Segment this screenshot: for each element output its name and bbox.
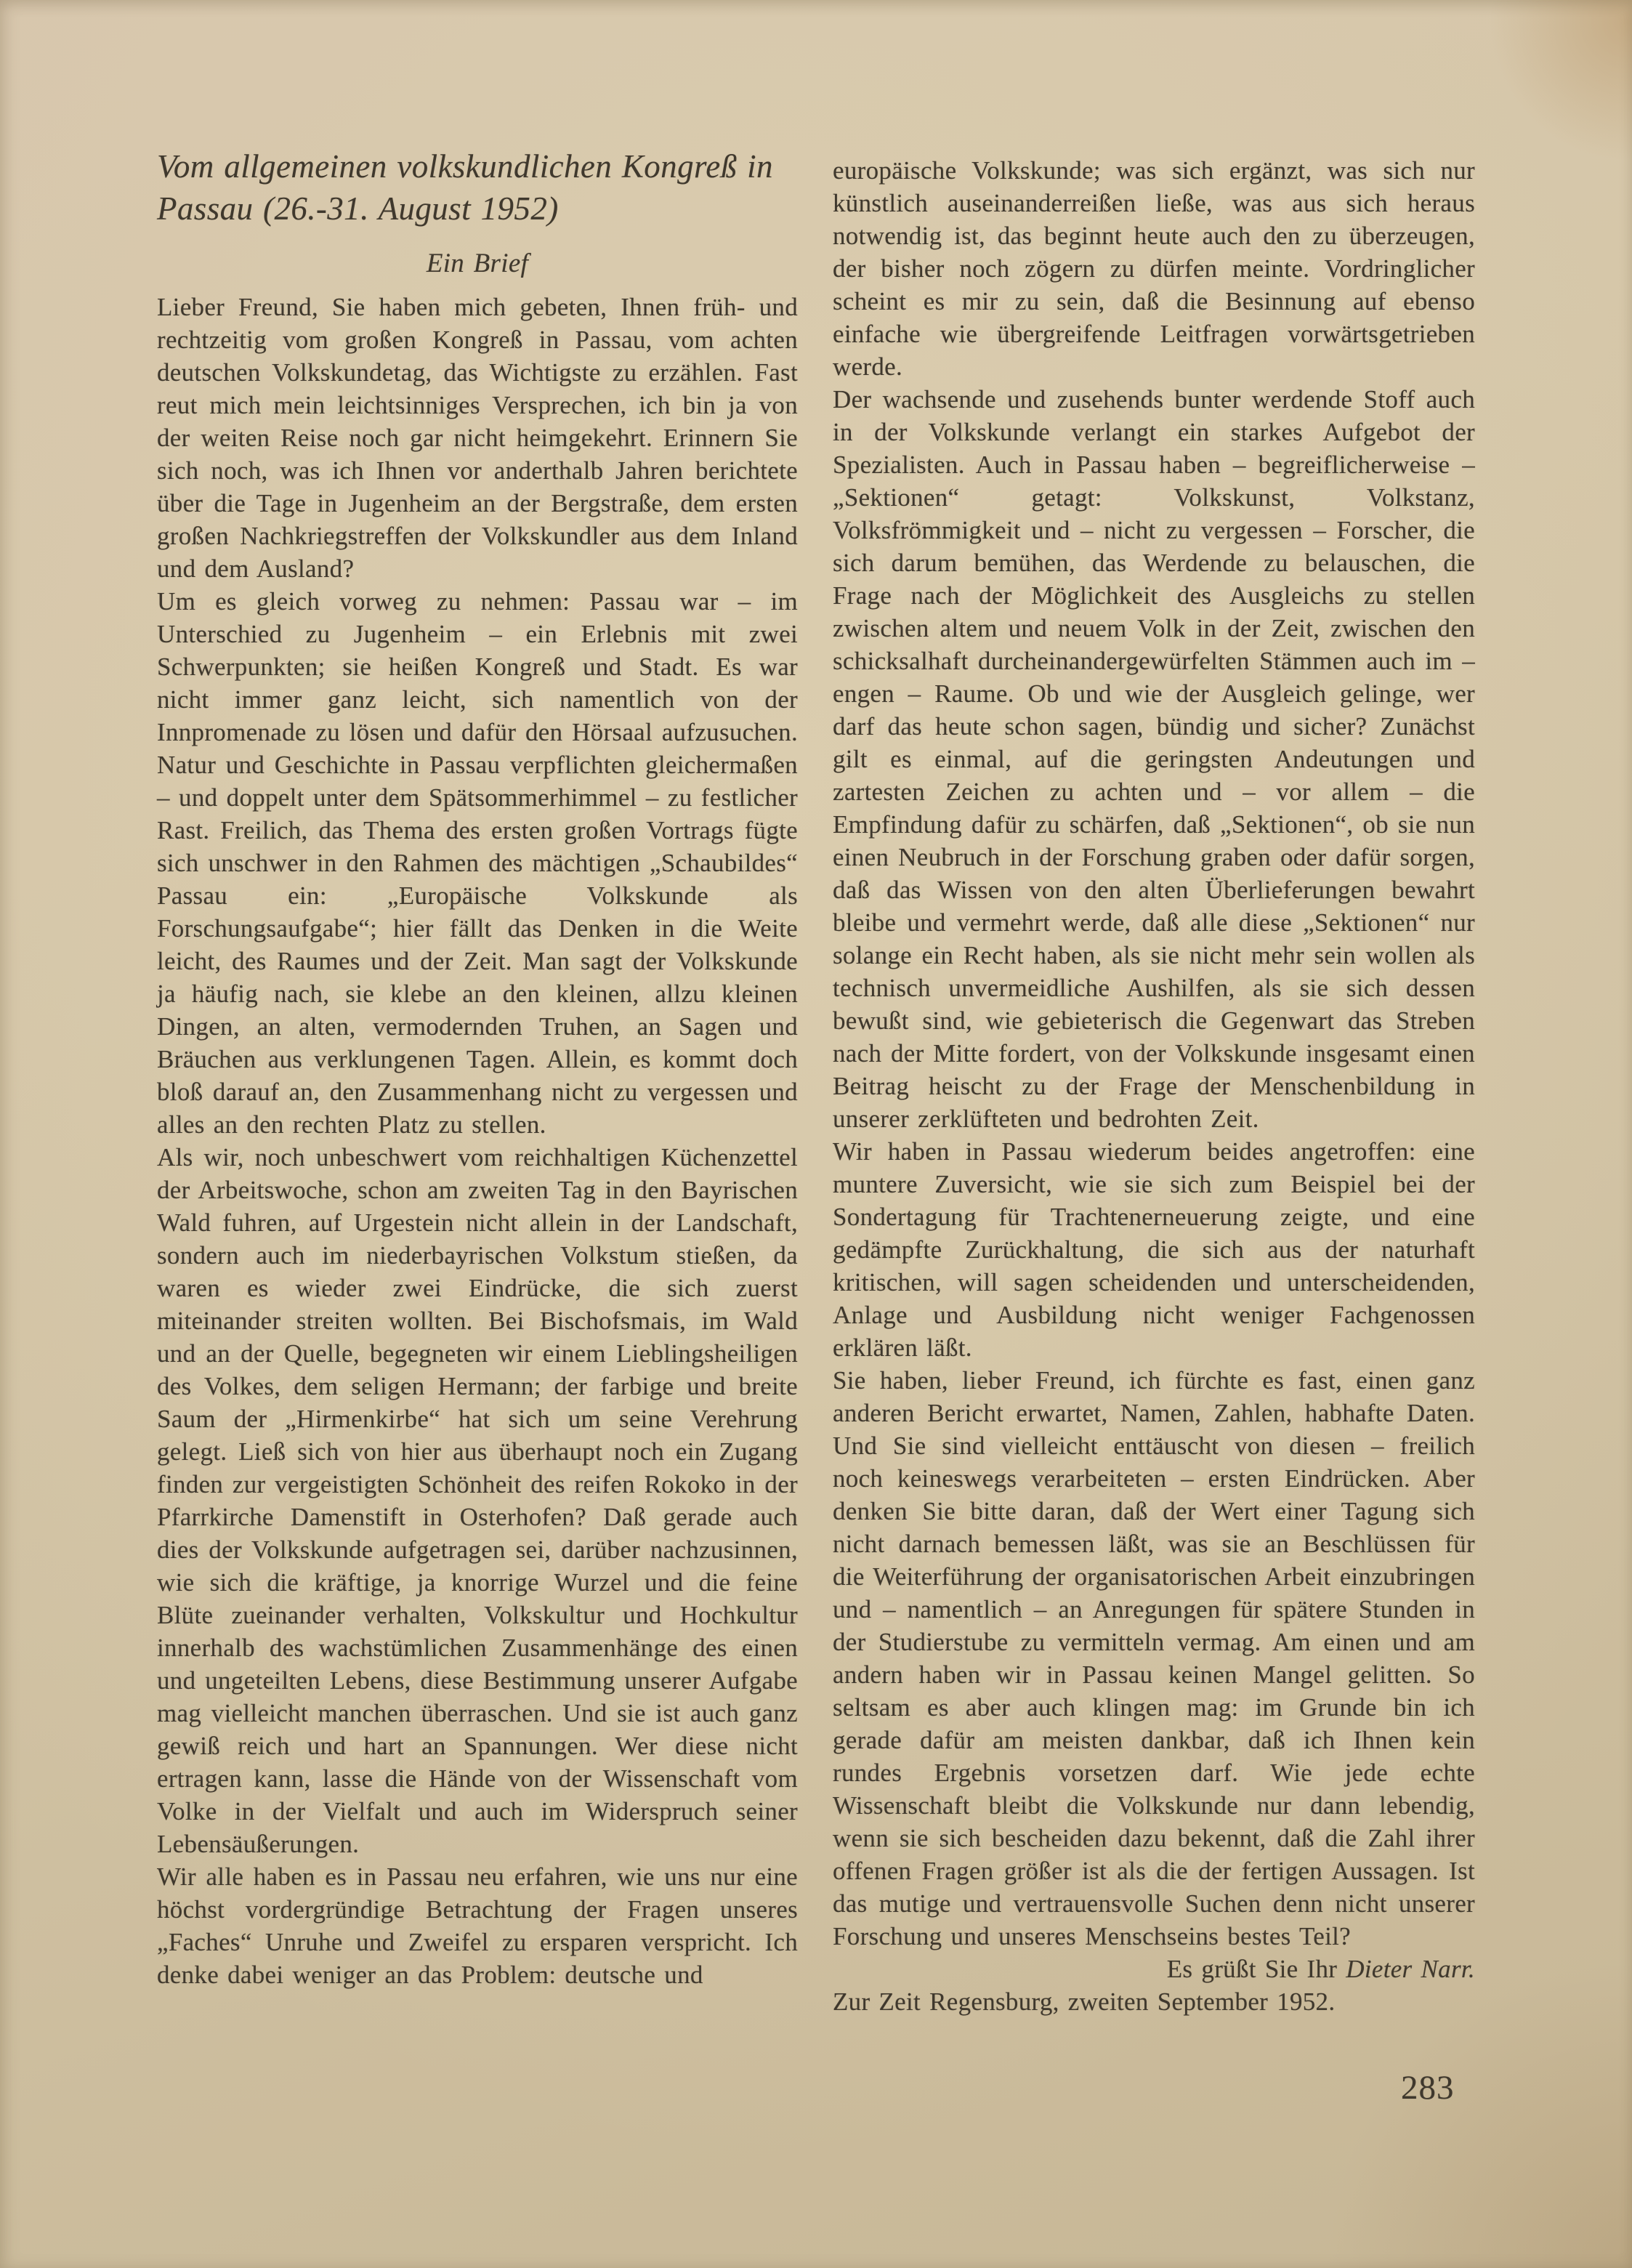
paragraph: Als wir, noch unbeschwert vom reichhalti…	[157, 1141, 798, 1860]
paragraph: Um es gleich vorweg zu nehmen: Passau wa…	[157, 585, 798, 1141]
dateline: Zur Zeit Regensburg, zweiten September 1…	[833, 1985, 1475, 2018]
paragraph: Der wachsende und zusehends bunter werde…	[833, 383, 1475, 1135]
signature-name: Dieter Narr.	[1346, 1955, 1475, 1983]
article-title-line1: Vom allgemeinen volkskundlichen Kongreß …	[157, 148, 773, 185]
left-column: Vom allgemeinen volkskundlichen Kongreß …	[157, 145, 798, 1991]
page-number: 283	[1401, 2068, 1455, 2107]
signature: Es grüßt Sie Ihr Dieter Narr.	[833, 1953, 1475, 1985]
article-title: Vom allgemeinen volkskundlichen Kongreß …	[157, 145, 798, 230]
right-column: europäische Volkskunde; was sich ergänzt…	[833, 154, 1475, 2018]
paragraph: europäische Volkskunde; was sich ergänzt…	[833, 154, 1475, 383]
paragraph: Sie haben, lieber Freund, ich fürchte es…	[833, 1364, 1475, 1953]
paragraph: Wir alle haben es in Passau neu erfahren…	[157, 1860, 798, 1991]
scanned-book-page: Vom allgemeinen volkskundlichen Kongreß …	[0, 0, 1632, 2268]
article-subtitle: Ein Brief	[157, 247, 798, 281]
paragraph: Wir haben in Passau wiederum beides ange…	[833, 1135, 1475, 1364]
article-title-line2: Passau (26.-31. August 1952)	[157, 190, 559, 227]
paragraph: Lieber Freund, Sie haben mich gebeten, I…	[157, 291, 798, 585]
signature-prefix: Es grüßt Sie Ihr	[1167, 1955, 1346, 1983]
